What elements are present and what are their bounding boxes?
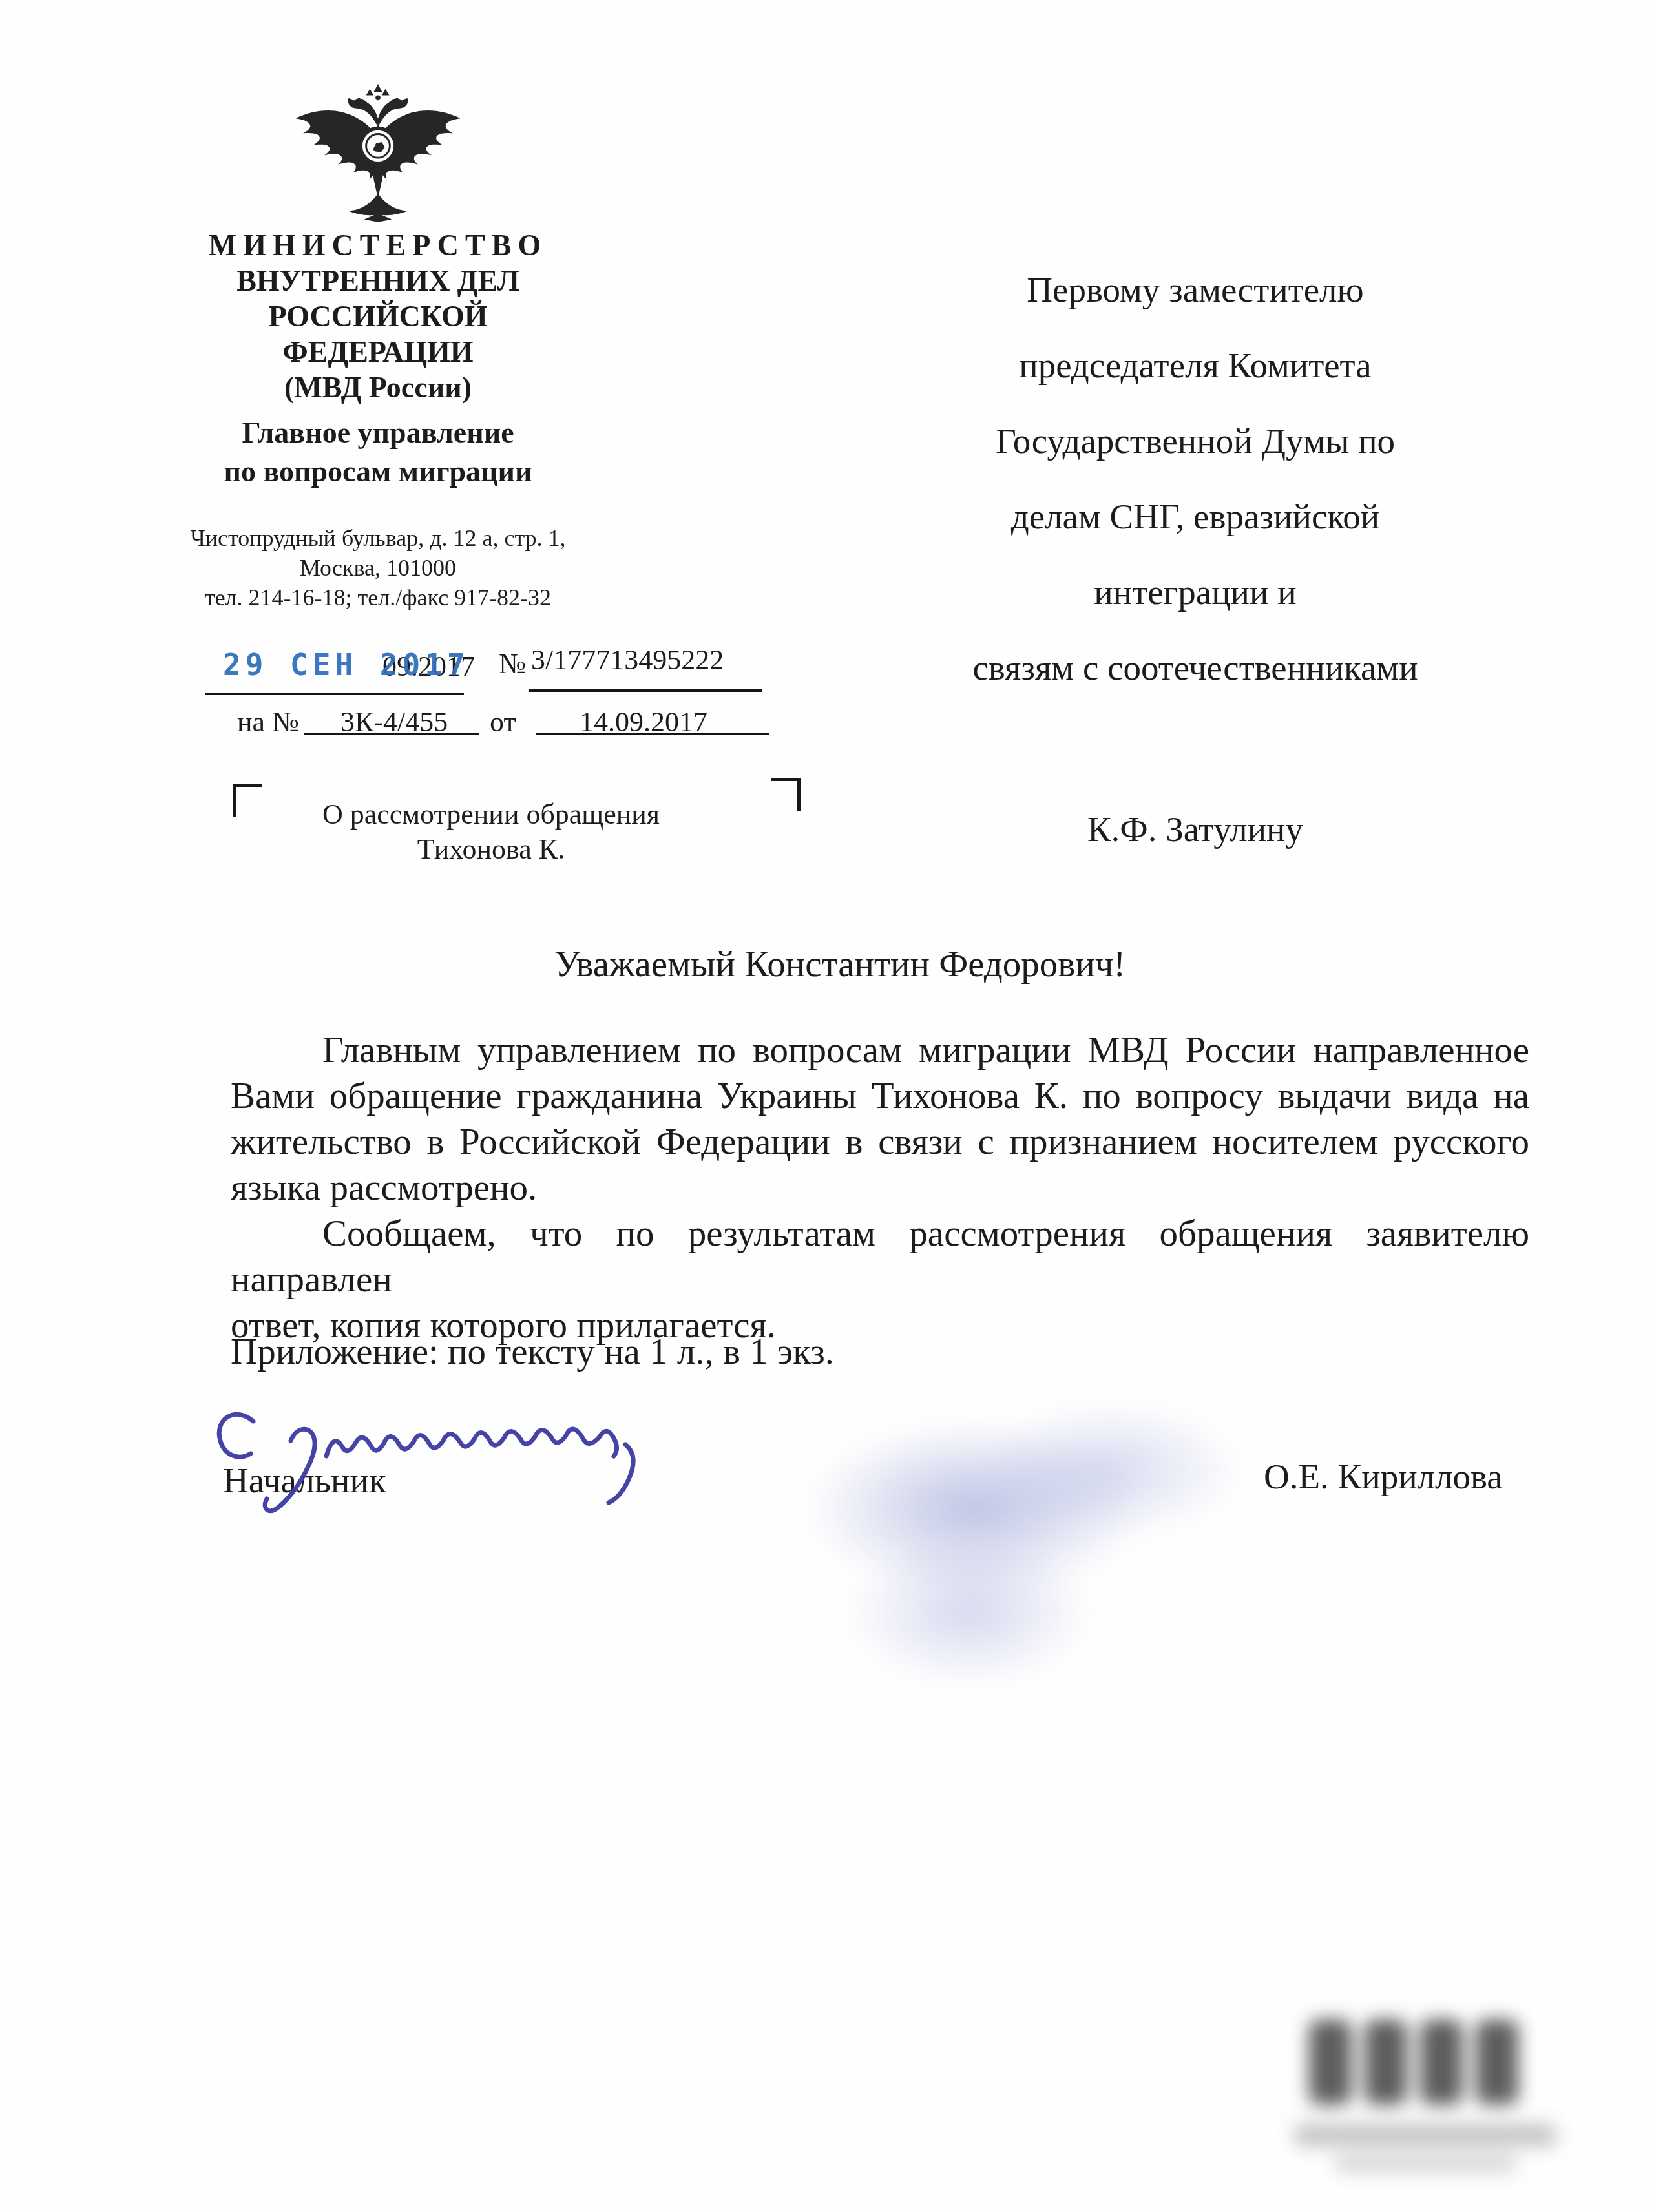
addressee-line: Государственной Думы по: [898, 403, 1492, 479]
reply-date-underline: [536, 733, 769, 735]
number-label: №: [499, 647, 526, 680]
salutation: Уважаемый Константин Федорович!: [388, 943, 1292, 985]
subject-corner-bracket-left: [233, 784, 262, 817]
addressee-block: Первому заместителю председателя Комитет…: [898, 252, 1492, 705]
blur-blob: [982, 1402, 1240, 1538]
addressee-line: председателя Комитета: [898, 328, 1492, 403]
handwritten-closing: С уважением,: [194, 1364, 711, 1539]
ministry-line: МИНИСТЕРСТВО: [178, 227, 578, 263]
blurred-grey-stamp: [1287, 1998, 1571, 2204]
subject-line: Тихонова К.: [291, 832, 691, 867]
addressee-name: К.Ф. Затулину: [898, 809, 1492, 850]
blur-text-bar: [1335, 2155, 1516, 2172]
body-line: Вами обращение гражданина Украины Тихоно…: [231, 1073, 1529, 1119]
department-line: по вопросам миграции: [178, 452, 578, 491]
reply-number-underline: [304, 733, 479, 735]
blur-text-bar: [1295, 2124, 1556, 2146]
address-line: тел. 214-16-18; тел./факс 917-82-32: [178, 583, 578, 612]
number-underline: [529, 689, 762, 692]
address-line: Москва, 101000: [178, 553, 578, 583]
reply-to-label: на №: [237, 705, 299, 738]
body-line: Сообщаем, что по результатам рассмотрени…: [231, 1211, 1529, 1302]
ministry-line: (МВД России): [178, 370, 578, 405]
ministry-header: МИНИСТЕРСТВО ВНУТРЕННИХ ДЕЛ РОССИЙСКОЙ Ф…: [178, 227, 578, 405]
addressee-line: делам СНГ, евразийской: [898, 479, 1492, 554]
body-line: языка рассмотрено.: [231, 1165, 1529, 1211]
ministry-line: ВНУТРЕННИХ ДЕЛ: [178, 263, 578, 298]
addressee-line: интеграции и: [898, 554, 1492, 630]
scanned-letter-page: МИНИСТЕРСТВО ВНУТРЕННИХ ДЕЛ РОССИЙСКОЙ Ф…: [0, 0, 1654, 2212]
mvd-eagle-emblem-icon: [284, 79, 472, 224]
outgoing-number: 3/177713495222: [531, 643, 724, 676]
addressee-line: Первому заместителю: [898, 252, 1492, 328]
blur-digit: [1309, 2019, 1352, 2105]
ministry-line: РОССИЙСКОЙ ФЕДЕРАЦИИ: [178, 298, 578, 370]
addressee-line: связям с соотечественниками: [898, 630, 1492, 705]
subject-corner-bracket-right: [771, 778, 801, 811]
blur-digit: [1476, 2019, 1518, 2105]
body-line: жительство в Российской Федерации в связ…: [231, 1119, 1529, 1165]
address-line: Чистопрудный бульвар, д. 12 а, стр. 1,: [178, 523, 578, 553]
department-line: Главное управление: [178, 413, 578, 452]
signer-name: О.Е. Кириллова: [1264, 1456, 1503, 1497]
body-line: Главным управлением по вопросам миграции…: [231, 1027, 1529, 1073]
registration-date-stamp: 29 СЕН 2017: [223, 647, 470, 682]
subject-line: О рассмотрении обращения: [291, 797, 691, 832]
letter-body: Главным управлением по вопросам миграции…: [231, 1027, 1529, 1348]
department-header: Главное управление по вопросам миграции: [178, 413, 578, 491]
blurred-signature-stamp: [769, 1382, 1247, 1706]
sender-address: Чистопрудный бульвар, д. 12 а, стр. 1, М…: [178, 523, 578, 612]
subject-block: О рассмотрении обращения Тихонова К.: [291, 797, 691, 867]
blur-digit: [1420, 2019, 1463, 2105]
blur-blob: [846, 1538, 1092, 1686]
blur-digit: [1365, 2019, 1407, 2105]
reply-date-label: от: [490, 705, 516, 738]
date-underline: [205, 693, 464, 695]
